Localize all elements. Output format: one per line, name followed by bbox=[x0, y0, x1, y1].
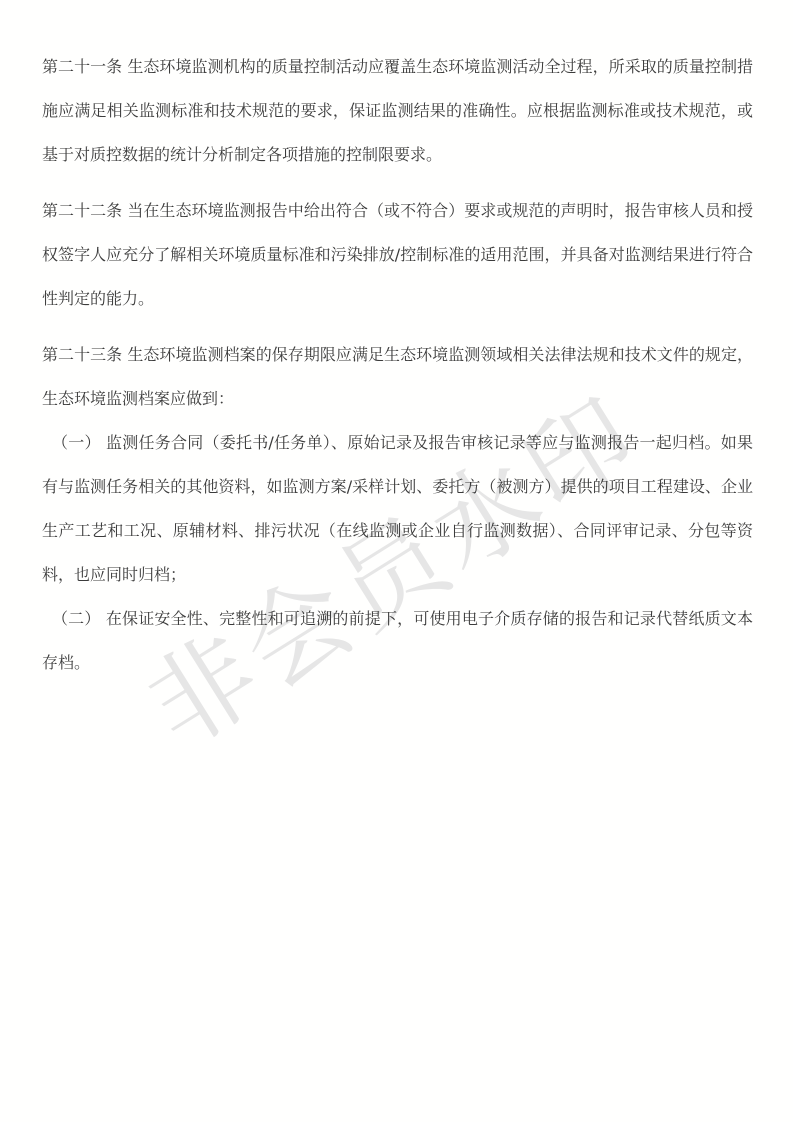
document-body: 第二十一条 生态环境监测机构的质量控制活动应覆盖生态环境监测活动全过程，所采取的… bbox=[0, 0, 793, 685]
document-page: 非会员水印 第二十一条 生态环境监测机构的质量控制活动应覆盖生态环境监测活动全过… bbox=[0, 0, 793, 1122]
paragraph-article-23-item-2: （二） 在保证安全性、完整性和可追溯的前提下，可使用电子介质存储的报告和记录代替… bbox=[42, 597, 753, 685]
paragraph-article-21: 第二十一条 生态环境监测机构的质量控制活动应覆盖生态环境监测活动全过程，所采取的… bbox=[42, 45, 753, 177]
paragraph-article-23: 第二十三条 生态环境监测档案的保存期限应满足生态环境监测领域相关法律法规和技术文… bbox=[42, 333, 753, 421]
paragraph-article-23-item-1: （一） 监测任务合同（委托书/任务单）、原始记录及报告审核记录等应与监测报告一起… bbox=[42, 421, 753, 597]
paragraph-article-22: 第二十二条 当在生态环境监测报告中给出符合（或不符合）要求或规范的声明时，报告审… bbox=[42, 189, 753, 321]
